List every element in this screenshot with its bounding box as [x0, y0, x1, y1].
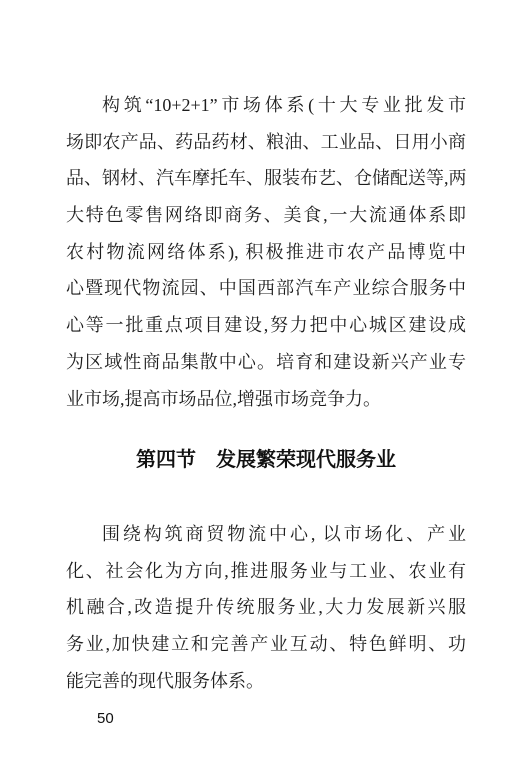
text-line: 农村物流网络体系), 积极推进市农产品博览中: [66, 234, 466, 271]
text-line: 心等一批重点项目建设,努力把中心城区建设成: [66, 307, 466, 344]
section-heading: 第四节发展繁荣现代服务业: [66, 442, 466, 479]
paragraph-market-system: 构筑“10+2+1”市场体系(十大专业批发市 场即农产品、药品药材、粮油、工业品…: [66, 87, 466, 417]
section-title: 发展繁荣现代服务业: [216, 449, 396, 471]
text-line: 大特色零售网络即商务、美食,一大流通体系即: [66, 197, 466, 234]
text-line: 机融合,改造提升传统服务业,大力发展新兴服: [66, 589, 466, 626]
text-line: 务业,加快建立和完善产业互动、特色鲜明、功: [66, 626, 466, 663]
paragraph-modern-services: 围绕构筑商贸物流中心, 以市场化、产业 化、社会化为方向,推进服务业与工业、农业…: [66, 516, 466, 699]
text-line: 场即农产品、药品药材、粮油、工业品、日用小商: [66, 124, 466, 161]
book-page: 构筑“10+2+1”市场体系(十大专业批发市 场即农产品、药品药材、粮油、工业品…: [0, 0, 529, 774]
section-number: 第四节: [136, 449, 196, 471]
text-line: 品、钢材、汽车摩托车、服装布艺、仓储配送等,两: [66, 160, 466, 197]
text-line: 化、社会化为方向,推进服务业与工业、农业有: [66, 553, 466, 590]
text-line: 业市场,提高市场品位,增强市场竞争力。: [66, 381, 466, 418]
text-line: 能完善的现代服务体系。: [66, 663, 466, 700]
page-number: 50: [97, 709, 114, 729]
text-line: 围绕构筑商贸物流中心, 以市场化、产业: [66, 516, 466, 553]
text-line: 为区域性商品集散中心。培育和建设新兴产业专: [66, 344, 466, 381]
text-line: 构筑“10+2+1”市场体系(十大专业批发市: [66, 87, 466, 124]
text-line: 心暨现代物流园、中国西部汽车产业综合服务中: [66, 270, 466, 307]
